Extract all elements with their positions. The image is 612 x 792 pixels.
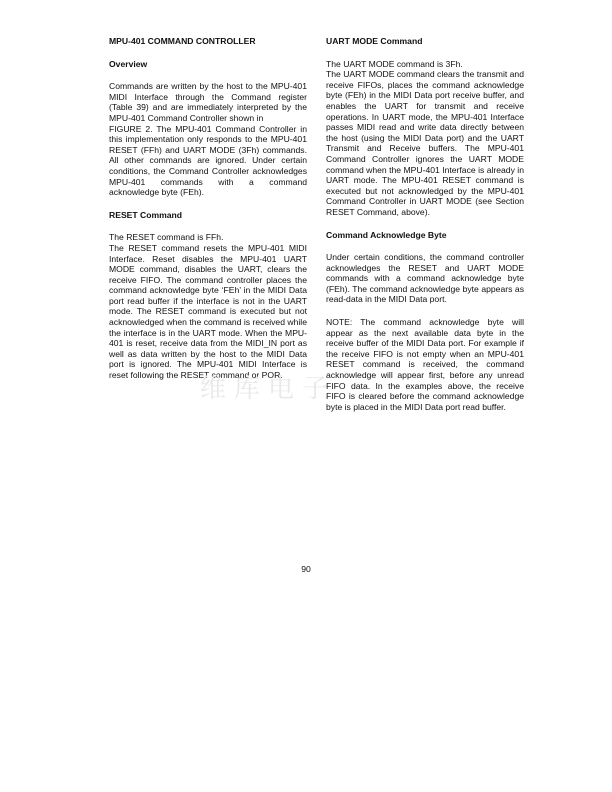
- reset-paragraph-1: The RESET command is FFh.: [109, 232, 307, 243]
- watermark: 维库电子: [200, 368, 336, 405]
- page-number: 90: [0, 564, 612, 574]
- overview-paragraph-1: Commands are written by the host to the …: [109, 81, 307, 123]
- section-title: MPU-401 COMMAND CONTROLLER: [109, 36, 307, 47]
- uart-paragraph-2: The UART MODE command clears the transmi…: [326, 69, 524, 217]
- reset-paragraph-2: The RESET command resets the MPU-401 MID…: [109, 243, 307, 381]
- overview-heading: Overview: [109, 59, 307, 70]
- reset-heading: RESET Command: [109, 210, 307, 221]
- left-column: MPU-401 COMMAND CONTROLLER Overview Comm…: [109, 36, 307, 381]
- uart-paragraph-1: The UART MODE command is 3Fh.: [326, 59, 524, 70]
- right-column: UART MODE Command The UART MODE command …: [326, 36, 524, 412]
- overview-paragraph-2: FIGURE 2. The MPU-401 Command Controller…: [109, 124, 307, 198]
- ack-heading: Command Acknowledge Byte: [326, 230, 524, 241]
- ack-paragraph: Under certain conditions, the command co…: [326, 252, 524, 305]
- uart-heading: UART MODE Command: [326, 36, 524, 47]
- note-paragraph: NOTE: The command acknowledge byte will …: [326, 317, 524, 412]
